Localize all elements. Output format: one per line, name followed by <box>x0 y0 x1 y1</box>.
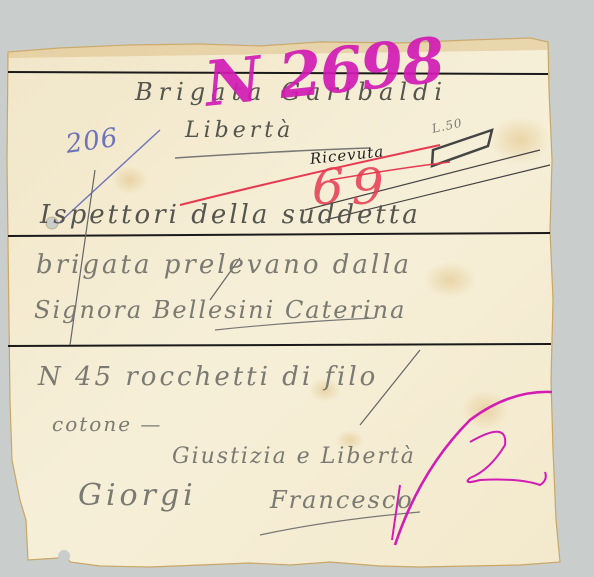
body-line-1: Ispettori della suddetta <box>40 200 421 230</box>
body-line-3: Signora Bellesini Caterina <box>34 296 406 324</box>
body-line-4: N 45 rocchetti di filo <box>38 362 378 392</box>
punch-hole-bottom <box>58 550 70 562</box>
signature-giustizia-liberta: Giustizia e Libertà <box>172 444 416 469</box>
body-line-5: cotone — <box>52 412 162 436</box>
signature-francesco: Francesco <box>270 486 414 514</box>
document-scan: 206 Brigata Garibaldi Libertà L.50 Ricev… <box>0 0 594 577</box>
header-liberta: Libertà <box>185 118 294 143</box>
body-line-2: brigata prelevano dalla <box>36 250 412 280</box>
signature-giorgi: Giorgi <box>78 478 197 513</box>
